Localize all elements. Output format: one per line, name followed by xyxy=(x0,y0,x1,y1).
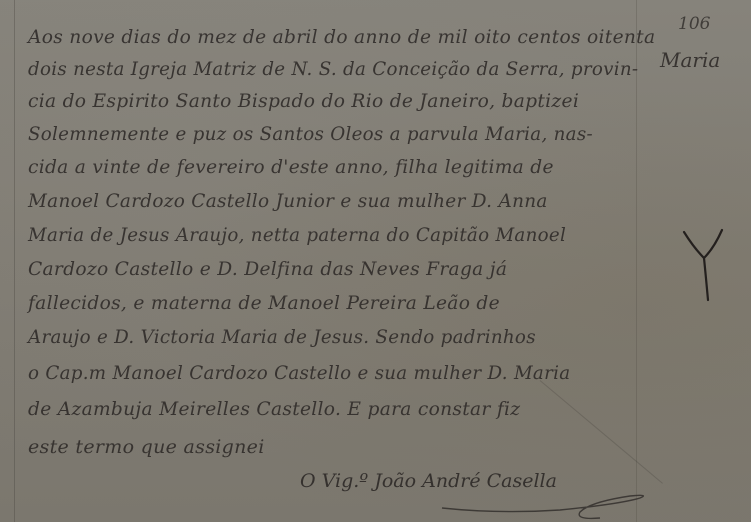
check-mark-icon xyxy=(680,228,730,308)
record-line-3: cia do Espirito Santo Bispado do Rio de … xyxy=(28,90,579,112)
entry-number: 106 xyxy=(678,14,710,34)
record-line-10: Araujo e D. Victoria Maria de Jesus. Sen… xyxy=(28,326,536,348)
record-line-2: dois nesta Igreja Matriz de N. S. da Con… xyxy=(28,58,638,80)
record-line-1: Aos nove dias do mez de abril do anno de… xyxy=(28,26,655,48)
margin-child-name: Maria xyxy=(660,48,720,72)
record-line-6: Manoel Cardozo Castello Junior e sua mul… xyxy=(28,190,548,212)
record-line-5: cida a vinte de fevereiro d'este anno, f… xyxy=(28,156,554,178)
record-line-8: Cardozo Castello e D. Delfina das Neves … xyxy=(28,258,507,280)
record-line-4: Solemnemente e puz os Santos Oleos a par… xyxy=(28,123,593,145)
record-line-11: o Cap.m Manoel Cardozo Castello e sua mu… xyxy=(28,362,570,384)
document-page: 106 Maria Aos nove dias do mez de abril … xyxy=(0,0,751,522)
record-line-12: de Azambuja Meirelles Castello. E para c… xyxy=(28,398,520,420)
record-line-9: fallecidos, e materna de Manoel Pereira … xyxy=(28,292,500,314)
record-line-7: Maria de Jesus Araujo, netta paterna do … xyxy=(28,224,566,246)
record-line-13: este termo que assignei xyxy=(28,436,265,458)
left-margin-rule xyxy=(14,0,15,522)
signature-flourish xyxy=(440,490,660,522)
paper-fold xyxy=(540,380,663,484)
priest-signature: O Vig.º João André Casella xyxy=(300,470,557,492)
